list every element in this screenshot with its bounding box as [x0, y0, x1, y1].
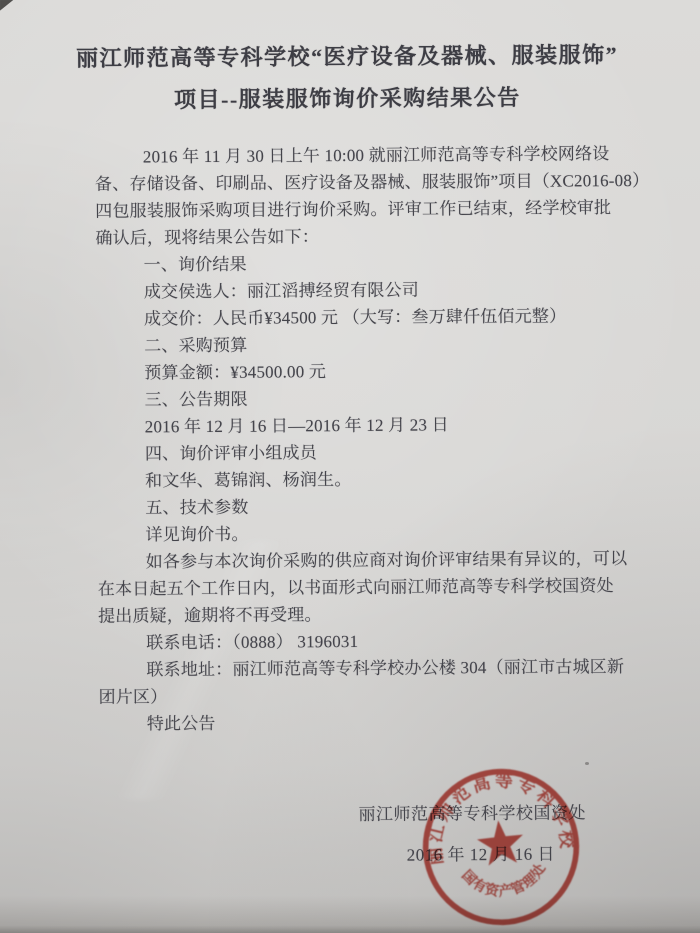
body-line: 如各参与本次询价采购的供应商对询价评审结果有异议的，可以 [98, 545, 658, 576]
body-line: 四、询价评审小组成员 [97, 437, 657, 468]
body-line: 一、询价结果 [95, 248, 655, 279]
body-line: 在本日起五个工作日内，以书面形式向丽江师范高等专科学校国资处 [98, 572, 658, 603]
body-line: 二、采购预算 [96, 329, 656, 360]
body-line: 确认后，现将结果公告如下： [95, 221, 655, 252]
body-line: 和文华、葛锦润、杨润生。 [97, 464, 657, 495]
announcement-title: 丽江师范高等专科学校“医疗设备及器械、服装服饰” 项目--服装服饰询价采购结果公… [0, 34, 698, 123]
body-line: 详见询价书。 [97, 518, 657, 549]
body-line: 2016 年 12 月 16 日—2016 年 12 月 23 日 [97, 410, 657, 441]
body-line: 预算金额：¥34500.00 元 [96, 356, 656, 387]
body-line: 2016 年 11 月 30 日上午 10:00 就丽江师范高等专科学校网络设 [95, 140, 655, 171]
photographed-document: 丽江师范高等专科学校“医疗设备及器械、服装服饰” 项目--服装服饰询价采购结果公… [0, 0, 700, 933]
body-line: 三、公告期限 [96, 383, 656, 414]
body-line: 联系地址：丽江师范高等专科学校办公楼 304（丽江市古城区新 [98, 653, 658, 684]
title-line-1: 丽江师范高等专科学校“医疗设备及器械、服装服饰” [0, 34, 697, 81]
official-seal-stamp: 丽江师范高等专科学校 国有资产管理处 [412, 758, 590, 933]
body-line: 四包服装服饰采购项目进行询价采购。评审工作已结束，经学校审批 [95, 194, 655, 225]
body-line: 五、技术参数 [97, 491, 657, 522]
body-line: 团片区） [99, 680, 659, 711]
title-line-2: 项目--服装服饰询价采购结果公告 [0, 76, 698, 123]
seal-bottom-text: 国有资产管理处 [458, 859, 551, 903]
body-line: 成交侯选人：丽江滔搏经贸有限公司 [96, 275, 656, 306]
document-content: 丽江师范高等专科学校“医疗设备及器械、服装服饰” 项目--服装服饰询价采购结果公… [0, 0, 700, 933]
body-line: 成交价：人民币¥34500 元 （大写：叁万肆仟伍佰元整） [96, 302, 656, 333]
body-line: 提出质疑，逾期将不再受理。 [98, 599, 658, 630]
body-line: 联系电话：（0888） 3196031 [98, 626, 658, 657]
body-line: 特此公告 [99, 707, 659, 738]
document-body: 2016 年 11 月 30 日上午 10:00 就丽江师范高等专科学校网络设备… [95, 140, 659, 738]
star-icon [475, 818, 526, 867]
body-line: 备、存储设备、印刷品、医疗设备及器械、服装服饰”项目（XC2016-08） [95, 167, 655, 198]
